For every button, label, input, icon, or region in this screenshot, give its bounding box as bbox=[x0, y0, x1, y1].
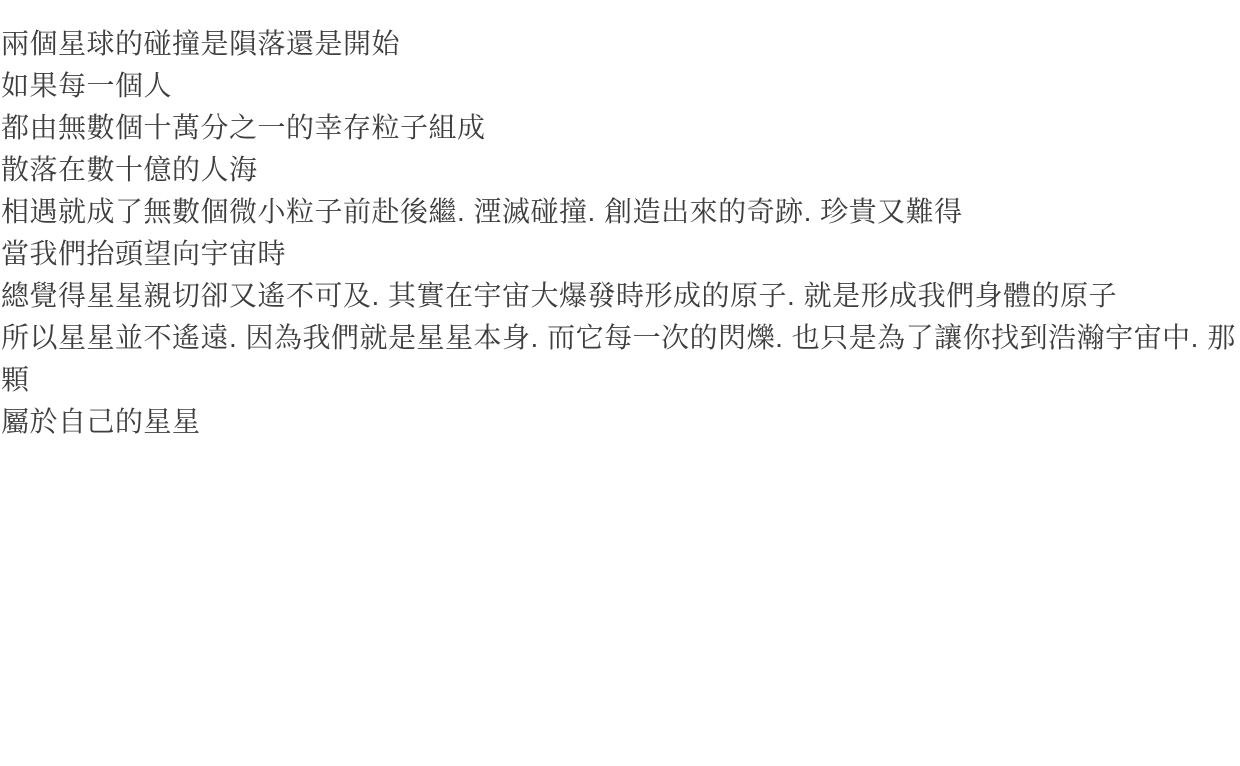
page: 兩個星球的碰撞是隕落還是開始 如果每一個人 都由無數個十萬分之一的幸存粒子組成 … bbox=[0, 0, 1240, 766]
text-line: 相遇就成了無數個微小粒子前赴後繼. 湮滅碰撞. 創造出來的奇跡. 珍貴又難得 bbox=[1, 191, 1240, 233]
text-line: 總覺得星星親切卻又遙不可及. 其實在宇宙大爆發時形成的原子. 就是形成我們身體的… bbox=[1, 275, 1240, 317]
text-line: 所以星星並不遙遠. 因為我們就是星星本身. 而它每一次的閃爍. 也只是為了讓你找… bbox=[1, 317, 1240, 401]
text-line: 都由無數個十萬分之一的幸存粒子組成 bbox=[1, 107, 1240, 149]
text-line: 兩個星球的碰撞是隕落還是開始 bbox=[1, 23, 1240, 65]
text-line: 當我們抬頭望向宇宙時 bbox=[1, 233, 1240, 275]
text-line: 散落在數十億的人海 bbox=[1, 149, 1240, 191]
text-line: 屬於自己的星星 bbox=[1, 401, 1240, 443]
text-line: 如果每一個人 bbox=[1, 65, 1240, 107]
lyrics-text-block: 兩個星球的碰撞是隕落還是開始 如果每一個人 都由無數個十萬分之一的幸存粒子組成 … bbox=[1, 23, 1240, 443]
